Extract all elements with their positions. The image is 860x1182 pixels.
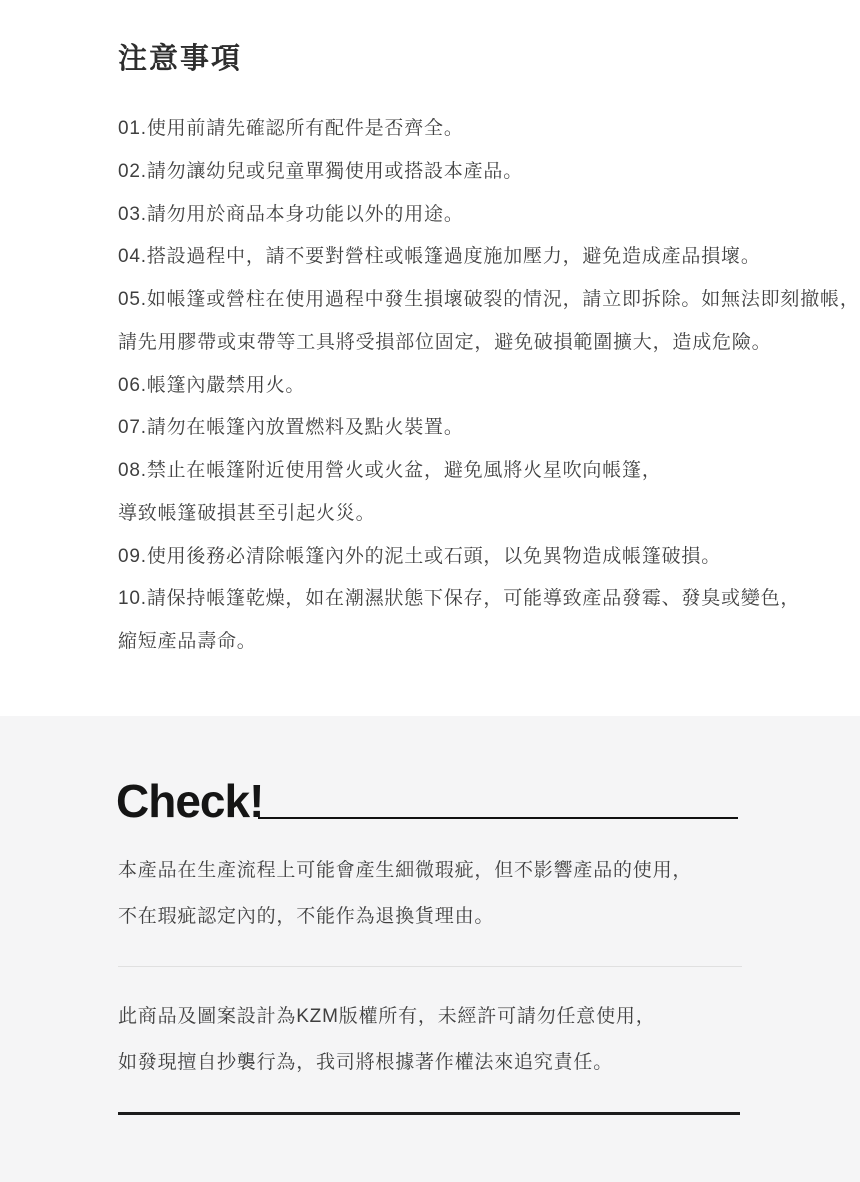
- note-line-04: 04.搭設過程中，請不要對營柱或帳篷過度施加壓力，避免造成產品損壞。: [118, 236, 818, 279]
- check-panel: Check! 本產品在生產流程上可能會產生細微瑕疵，但不影響產品的使用， 不在瑕…: [0, 716, 860, 1182]
- note-line-05-cont: 請先用膠帶或束帶等工具將受損部位固定，避免破損範圍擴大，造成危險。: [118, 322, 818, 365]
- section-divider: [118, 966, 742, 967]
- note-line-03: 03.請勿用於商品本身功能以外的用途。: [118, 194, 818, 237]
- note-line-02: 02.請勿讓幼兒或兒童單獨使用或搭設本產品。: [118, 151, 818, 194]
- quality-note: 本產品在生產流程上可能會產生細微瑕疵，但不影響產品的使用， 不在瑕疵認定內的，不…: [118, 848, 778, 940]
- check-heading: Check!: [116, 774, 263, 828]
- quality-note-line-2: 不在瑕疵認定內的，不能作為退換貨理由。: [118, 894, 778, 940]
- page-title: 注意事項: [118, 36, 242, 77]
- check-heading-rule: [258, 817, 738, 819]
- note-line-08-cont: 導致帳篷破損甚至引起火災。: [118, 493, 818, 536]
- copyright-note-line-2: 如發現擅自抄襲行為，我司將根據著作權法來追究責任。: [118, 1040, 778, 1086]
- note-line-05: 05.如帳篷或營柱在使用過程中發生損壞破裂的情況，請立即拆除。如無法即刻撤帳，: [118, 279, 818, 322]
- note-line-08: 08.禁止在帳篷附近使用營火或火盆，避免風將火星吹向帳篷，: [118, 450, 818, 493]
- quality-note-line-1: 本產品在生產流程上可能會產生細微瑕疵，但不影響產品的使用，: [118, 848, 778, 894]
- precautions-list: 01.使用前請先確認所有配件是否齊全。 02.請勿讓幼兒或兒童單獨使用或搭設本產…: [118, 108, 818, 664]
- note-line-01: 01.使用前請先確認所有配件是否齊全。: [118, 108, 818, 151]
- copyright-note: 此商品及圖案設計為KZM版權所有，未經許可請勿任意使用， 如發現擅自抄襲行為，我…: [118, 994, 778, 1086]
- note-line-09: 09.使用後務必清除帳篷內外的泥土或石頭，以免異物造成帳篷破損。: [118, 536, 818, 579]
- note-line-10-cont: 縮短產品壽命。: [118, 621, 818, 664]
- notice-page: 注意事項 01.使用前請先確認所有配件是否齊全。 02.請勿讓幼兒或兒童單獨使用…: [0, 0, 860, 1182]
- note-line-06: 06.帳篷內嚴禁用火。: [118, 365, 818, 408]
- bottom-rule: [118, 1112, 740, 1115]
- copyright-note-line-1: 此商品及圖案設計為KZM版權所有，未經許可請勿任意使用，: [118, 994, 778, 1040]
- note-line-07: 07.請勿在帳篷內放置燃料及點火裝置。: [118, 407, 818, 450]
- note-line-10: 10.請保持帳篷乾燥，如在潮濕狀態下保存，可能導致產品發霉、發臭或變色，: [118, 578, 818, 621]
